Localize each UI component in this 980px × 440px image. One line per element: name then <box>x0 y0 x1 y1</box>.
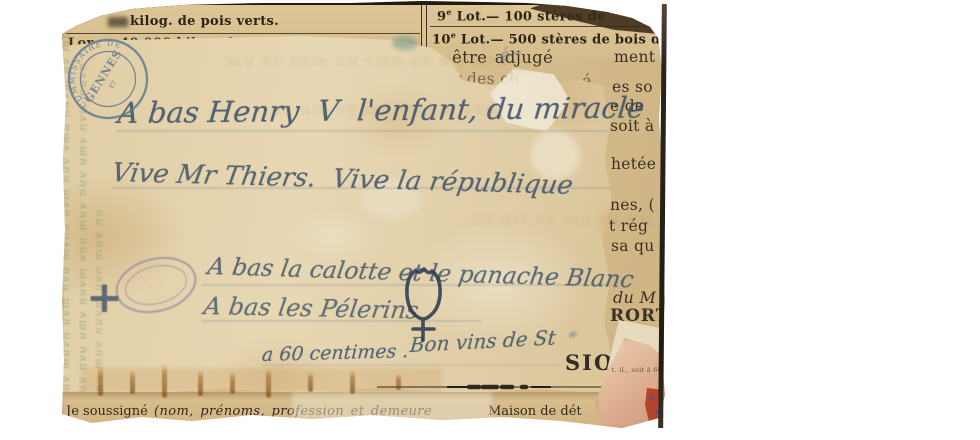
chalice-symbol <box>400 260 448 346</box>
lot-text: Lot.— 500 stères de bois de sapin. <box>456 32 668 47</box>
oval-stamp-text: · · · <box>148 280 164 293</box>
bleed-through-text: mu nv uvm nu vmn uv mu nvu <box>227 52 508 70</box>
stamp-sub-text: ET · <box>108 76 120 90</box>
printed-fragment: hetée <box>611 155 656 173</box>
stain-drip <box>396 374 401 390</box>
graffiti-line-1: A bas Henry V l'enfant, du miracle <box>116 90 645 130</box>
printed-fragment: ment <box>614 48 655 66</box>
stain-drip <box>350 370 355 394</box>
stain-drip <box>308 372 313 392</box>
ink-cross-mark: + <box>86 272 123 323</box>
stain-drip <box>98 366 103 396</box>
ink-smudge <box>392 36 418 50</box>
lot-number: 10 <box>432 32 451 47</box>
stain-drip <box>266 368 271 398</box>
print-smudge <box>108 17 128 27</box>
stamp-center-text: GENNES <box>82 47 125 105</box>
form-rule <box>117 130 607 132</box>
form-line-maison: Maison de dét <box>488 404 582 419</box>
stain-drip <box>130 370 135 394</box>
newsprint-line: 10e Lot.— 500 stères de bois de sapin. <box>432 30 668 47</box>
lot-number: 9 <box>437 9 446 24</box>
round-police-stamp: COMMISSAIRE DE POLICE GENNES ET · <box>61 32 155 126</box>
scan-page: { "newspaper": { "top_left_line1": "kilo… <box>0 0 980 440</box>
margin-script: muv nvu umv nuvm vnu muv nuv umv nvu muv… <box>75 85 89 405</box>
graffiti-line-4: A bas les Pélerins <box>202 292 420 324</box>
ornamental-divider <box>377 382 621 392</box>
form-line-soussigne: Je soussigné <box>66 404 148 419</box>
document-scan: kilog. de pois verts. Lor. — 40,000 kilo… <box>62 0 668 430</box>
ink-scrawl: é~ <box>499 43 524 65</box>
stain-drip <box>162 364 167 398</box>
stain-drip <box>198 370 203 396</box>
faded-area <box>292 392 492 430</box>
printed-fragment: sa qu <box>611 237 655 255</box>
bottom-form-strip: Je soussigné (nom, prénoms, profession e… <box>62 392 668 430</box>
stain-drip <box>230 372 235 394</box>
newsprint-line: kilog. de pois verts. <box>130 14 279 29</box>
graffiti-line-5a: a 60 centimes . <box>261 340 409 366</box>
